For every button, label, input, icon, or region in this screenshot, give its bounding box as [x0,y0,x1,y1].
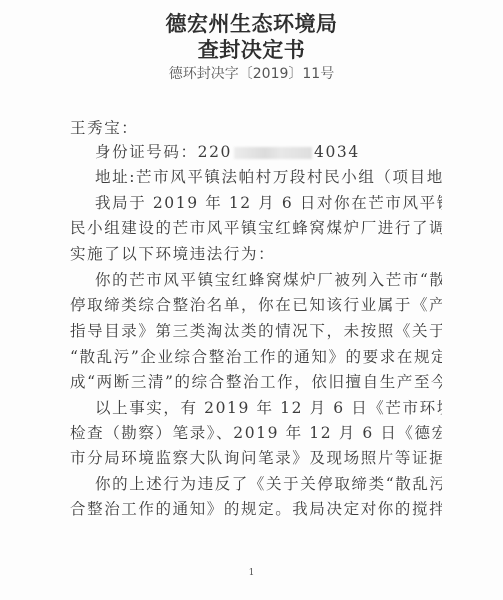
recipient-id: 身份证号码：2204034 [95,141,442,163]
recipient-name: 王秀宝： [70,117,442,139]
body-line: 停取缔类综合整治名单，你在已知该行业属于《产业结构调整 [70,294,442,316]
document-number: 德环封决字〔2019〕11号 [0,63,503,83]
body-line: 成“两断三清”的综合整治工作，依旧擅自生产至今。 [70,371,442,393]
body-line: 民小组建设的芒市风平镇宝红蜂窝煤炉厂进行了调查，发现你 [70,217,442,239]
page-number: 1 [0,568,503,578]
id-label: 身份证号码： [95,143,198,161]
redacted-id-block [234,147,312,159]
body-line: 你的芒市风平镇宝红蜂窝煤炉厂被列入芒市“散乱污”关 [95,269,442,291]
body-line: 我局于 2019 年 12 月 6 日对你在芒市风平镇法帕村万段村 [95,192,442,214]
body-line: 你的上述行为违反了《关于关停取缔类“散乱污”企业综 [95,473,442,495]
body-line: 合整治工作的通知》的规定。我局决定对你的搅拌机 1 台，破 [70,498,442,520]
document-title-type: 查封决定书 [0,34,503,64]
body-line: 以上事实，有 2019 年 12 月 6 日《芒市环境监察大队现场 [95,397,442,419]
body-line: 实施了以下环境违法行为： [70,243,442,265]
body-line: 指导目录》第三类淘汰类的情况下，未按照《关于关停取缔类 [70,320,442,342]
recipient-address: 地址:芒市风平镇法帕村万段村民小组（项目地址） [95,166,442,188]
id-prefix: 220 [198,143,232,161]
body-line: 检查（勘察）笔录》、2019 年 12 月 6 日《德宏州生态环境局芒 [70,422,442,444]
body-line: “散乱污”企业综合整治工作的通知》的要求在规定期限内完 [70,346,442,368]
body-line: 市分局环境监察大队询问笔录》及现场照片等证据为凭。 [70,447,442,469]
id-suffix: 4034 [314,143,360,161]
